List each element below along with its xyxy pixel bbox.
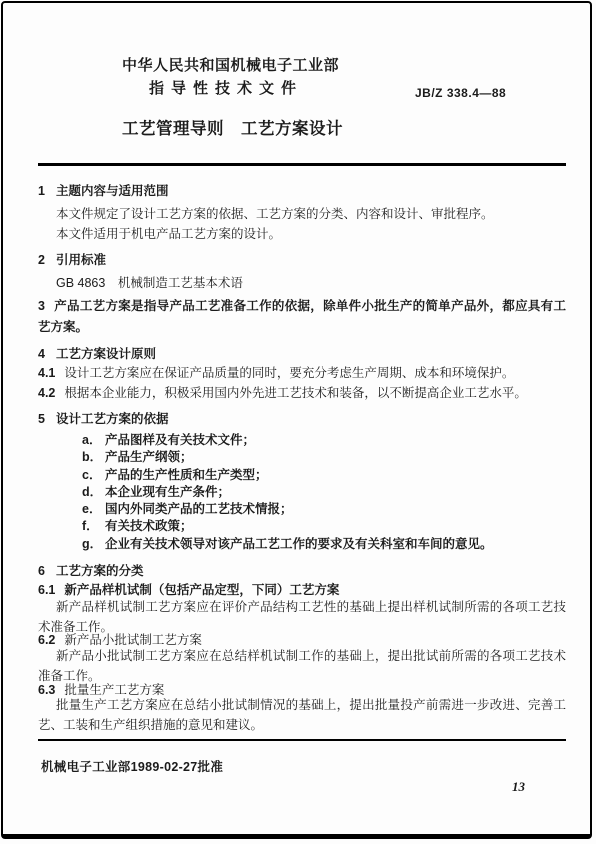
- list-item-label: a．: [82, 432, 105, 449]
- list-item-label: d．: [82, 484, 105, 501]
- clause-6-1-heading: 6.1新产品样机试制（包括产品定型，下同）工艺方案: [38, 580, 339, 598]
- section-6-heading: 6工艺方案的分类: [38, 561, 143, 579]
- header-divider-rule: [38, 163, 566, 166]
- list-item-text: 产品的生产性质和生产类型；: [105, 468, 268, 482]
- section-2-number: 2: [38, 253, 45, 267]
- clause-6-2-number: 6.2: [38, 633, 55, 647]
- list-item-text: 本企业现有生产条件；: [105, 485, 230, 499]
- standard-number: JB/Z 338.4—88: [415, 86, 506, 100]
- design-basis-list: a．产品图样及有关技术文件； b．产品生产纲领； c．产品的生产性质和生产类型；…: [82, 432, 493, 553]
- section-4-heading: 4工艺方案设计原则: [38, 344, 156, 362]
- page-number: 13: [512, 779, 525, 795]
- section-3-text: 产品工艺方案是指导产品工艺准备工作的依据，除单件小批生产的简单产品外，都应具有工…: [38, 299, 566, 334]
- list-item: b．产品生产纲领；: [82, 449, 493, 466]
- section-3-paragraph: 3产品工艺方案是指导产品工艺准备工作的依据，除单件小批生产的简单产品外，都应具有…: [38, 296, 566, 338]
- list-item-label: b．: [82, 449, 105, 466]
- clause-4-1: 4.1设计工艺方案应在保证产品质量的同时，要充分考虑生产周期、成本和环境保护。: [38, 363, 514, 381]
- clause-6-2-title: 新产品小批试制工艺方案: [64, 633, 202, 647]
- section-5-number: 5: [38, 412, 45, 426]
- document-type: 指导性技术文件: [149, 77, 303, 98]
- clause-6-1-number: 6.1: [38, 583, 55, 597]
- list-item-text: 产品生产纲领；: [105, 450, 193, 464]
- clause-6-3-title: 批量生产工艺方案: [64, 683, 164, 697]
- section-1-heading: 1主题内容与适用范围: [38, 181, 168, 199]
- clause-4-1-number: 4.1: [38, 366, 55, 380]
- list-item: g．企业有关技术领导对该产品工艺工作的要求及有关科室和车间的意见。: [82, 536, 493, 553]
- clause-4-2: 4.2根据本企业能力，积极采用国内外先进工艺技术和装备，以不断提高企业工艺水平。: [38, 383, 527, 401]
- approval-note: 机械电子工业部1989-02-27批准: [41, 757, 223, 775]
- list-item: d．本企业现有生产条件；: [82, 484, 493, 501]
- document-title: 工艺管理导则 工艺方案设计: [122, 115, 343, 139]
- clause-6-1-title: 新产品样机试制（包括产品定型，下同）工艺方案: [64, 583, 339, 597]
- section-6-title: 工艺方案的分类: [56, 564, 144, 578]
- section-5-title: 设计工艺方案的依据: [56, 412, 169, 426]
- list-item-label: c．: [82, 467, 105, 484]
- section-5-heading: 5设计工艺方案的依据: [38, 409, 168, 427]
- clause-6-2-heading: 6.2新产品小批试制工艺方案: [38, 630, 202, 648]
- clause-4-2-number: 4.2: [38, 386, 55, 400]
- ministry-name: 中华人民共和国机械电子工业部: [122, 54, 339, 75]
- section-2-title: 引用标准: [56, 253, 106, 267]
- referenced-standard: GB 4863 机械制造工艺基本术语: [38, 273, 243, 291]
- section-6-number: 6: [38, 564, 45, 578]
- clause-6-3-number: 6.3: [38, 683, 55, 697]
- list-item-text: 产品图样及有关技术文件；: [105, 433, 255, 447]
- standard-document-page: 中华人民共和国机械电子工业部 指导性技术文件 JB/Z 338.4—88 工艺管…: [0, 0, 596, 844]
- section-4-title: 工艺方案设计原则: [56, 347, 156, 361]
- footer-divider-rule: [38, 739, 566, 741]
- section-1-paragraph-1: 本文件规定了设计工艺方案的依据、工艺方案的分类、内容和设计、审批程序。: [38, 204, 494, 222]
- section-4-number: 4: [38, 347, 45, 361]
- list-item-label: f．: [82, 518, 105, 535]
- list-item: c．产品的生产性质和生产类型；: [82, 467, 493, 484]
- list-item: e．国内外同类产品的工艺技术情报；: [82, 501, 493, 518]
- list-item: a．产品图样及有关技术文件；: [82, 432, 493, 449]
- clause-6-3-body: 批量生产工艺方案应在总结小批试制情况的基础上，提出批量投产前需进一步改进、完善工…: [38, 696, 566, 735]
- list-item: f．有关技术政策；: [82, 518, 493, 535]
- list-item-label: e．: [82, 501, 105, 518]
- list-item-text: 国内外同类产品的工艺技术情报；: [105, 502, 293, 516]
- section-1-number: 1: [38, 184, 45, 198]
- clause-4-1-text: 设计工艺方案应在保证产品质量的同时，要充分考虑生产周期、成本和环境保护。: [64, 366, 514, 380]
- list-item-text: 有关技术政策；: [105, 519, 193, 533]
- section-2-heading: 2引用标准: [38, 250, 106, 268]
- list-item-label: g．: [82, 536, 105, 553]
- section-3-number: 3: [38, 296, 45, 317]
- section-1-paragraph-2: 本文件适用于机电产品工艺方案的设计。: [38, 224, 281, 242]
- list-item-text: 企业有关技术领导对该产品工艺工作的要求及有关科室和车间的意见。: [105, 537, 493, 551]
- section-1-title: 主题内容与适用范围: [56, 184, 169, 198]
- clause-4-2-text: 根据本企业能力，积极采用国内外先进工艺技术和装备，以不断提高企业工艺水平。: [64, 386, 527, 400]
